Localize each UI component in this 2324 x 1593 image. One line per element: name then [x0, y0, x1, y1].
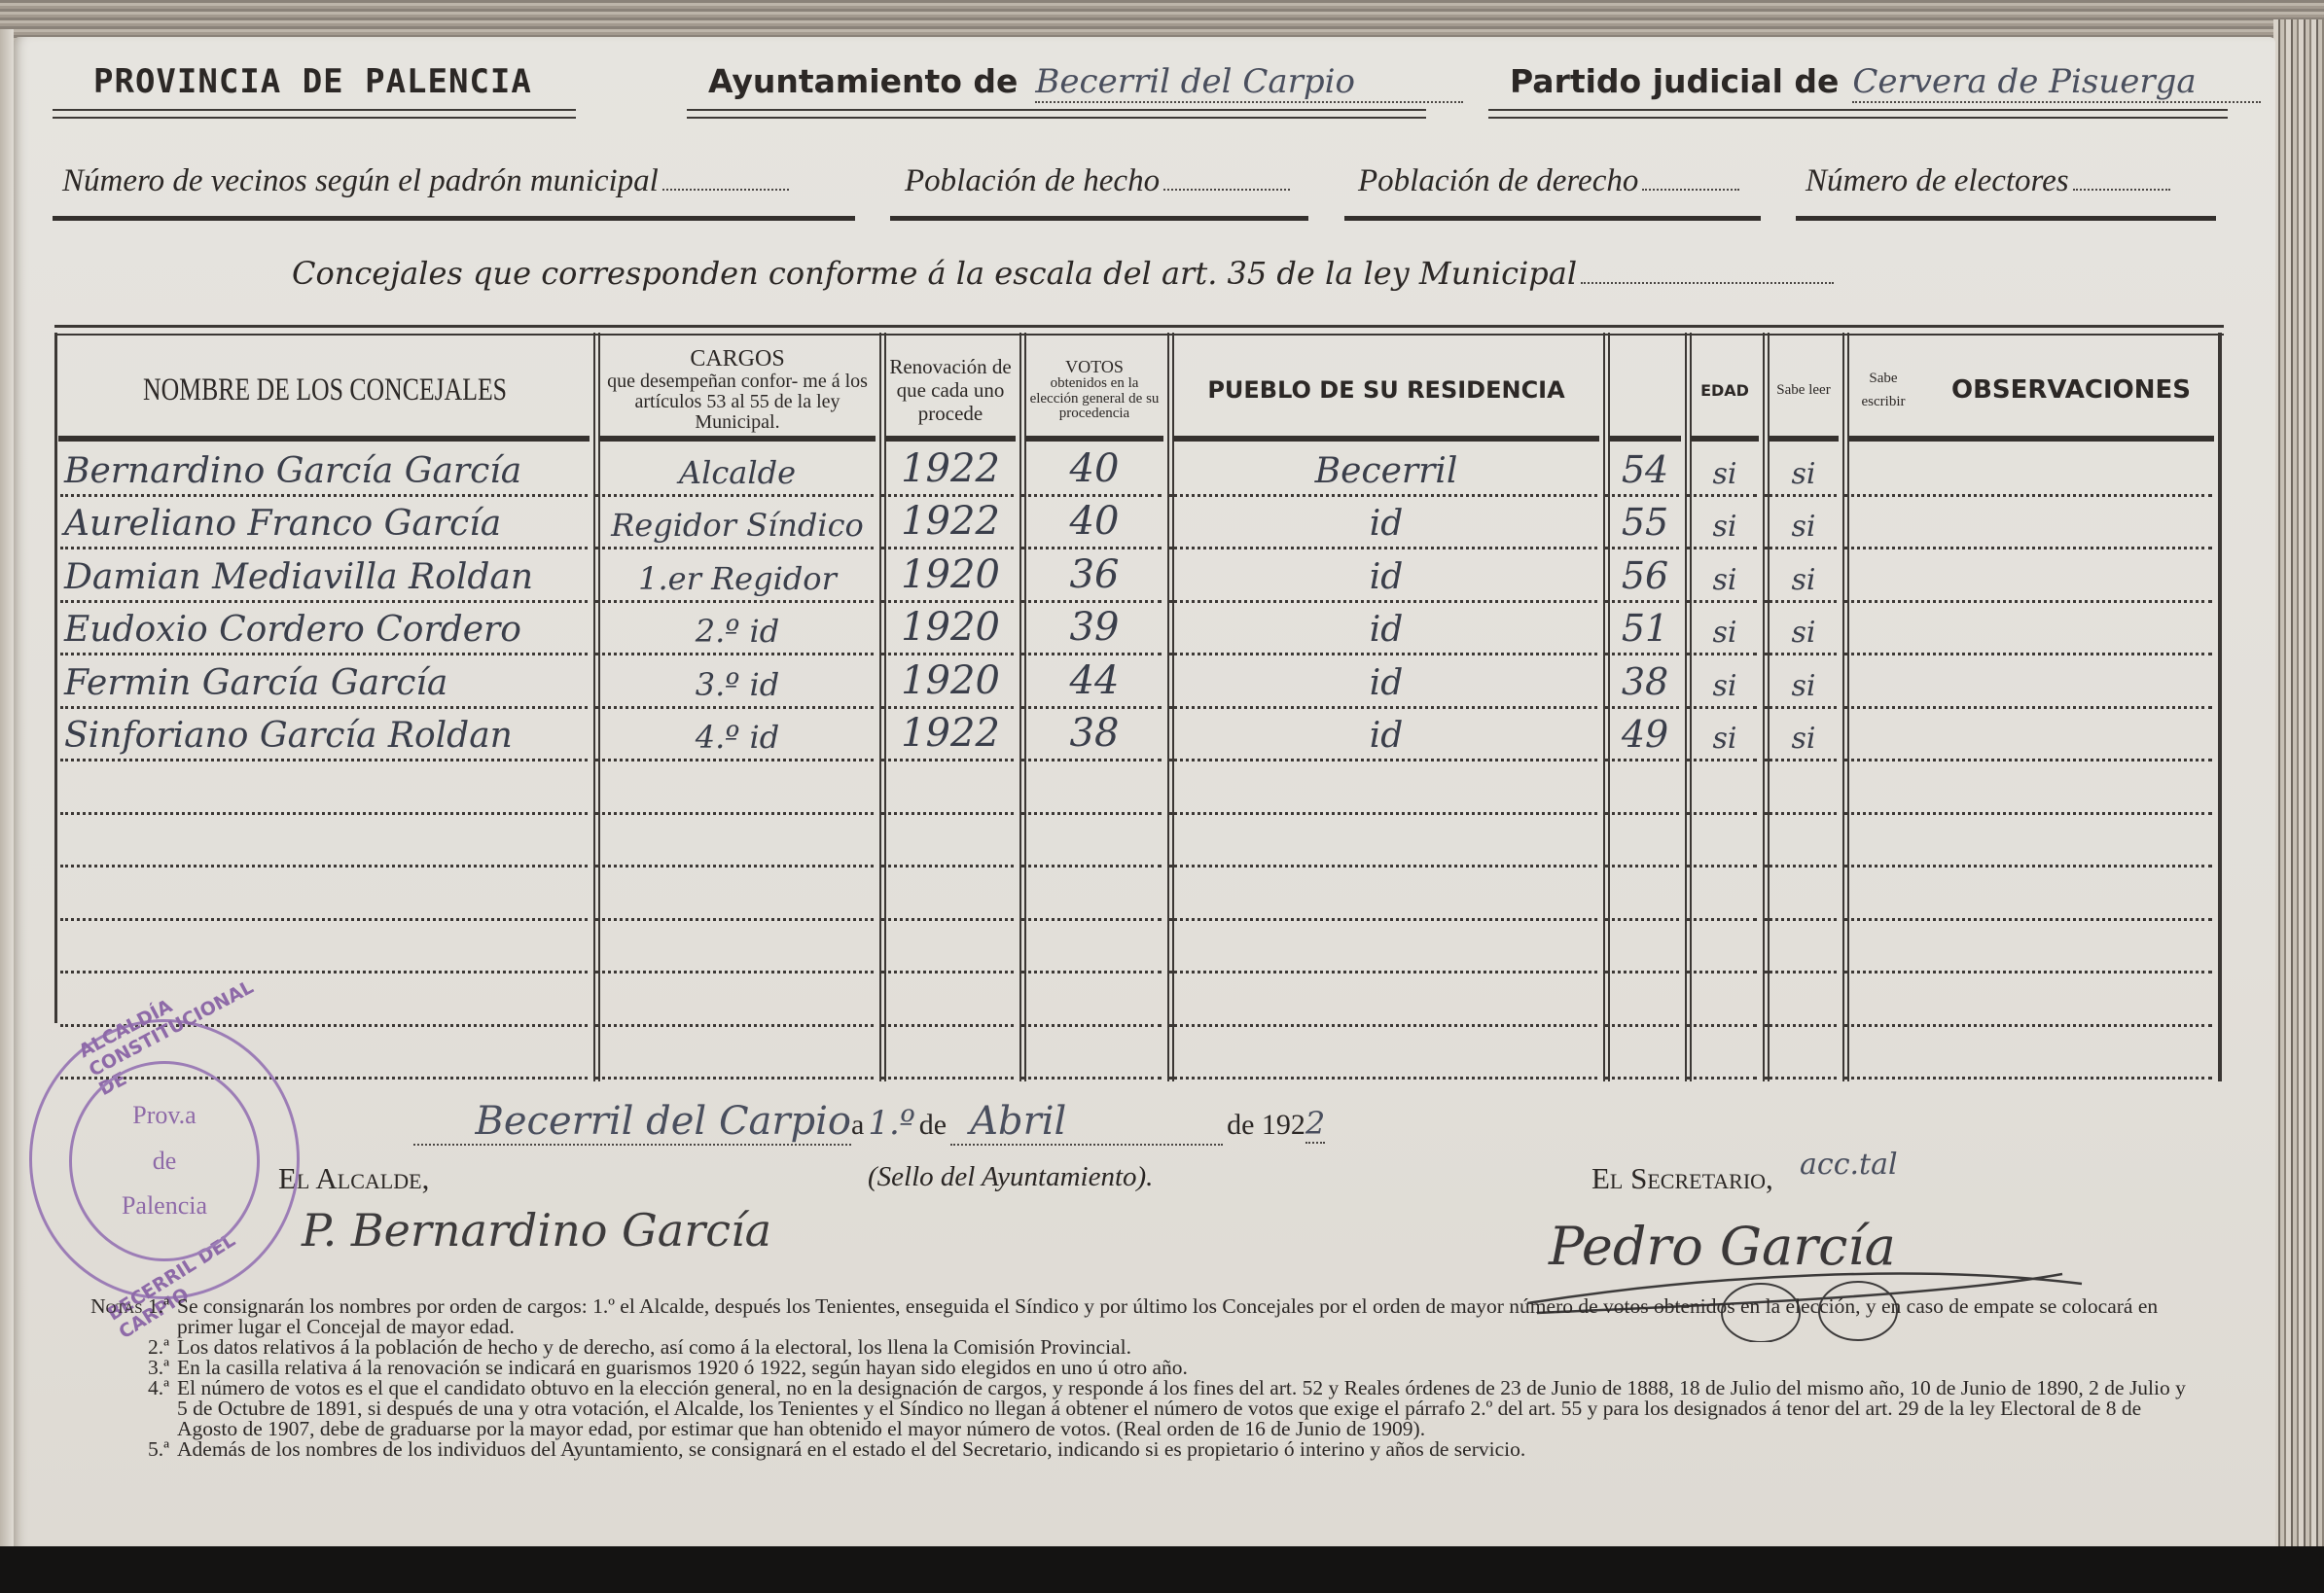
cell-pueblo: id — [1173, 504, 1599, 544]
col-header-votos-title: VOTOS — [1065, 358, 1124, 376]
ayuntamiento-rule — [687, 109, 1426, 119]
header-rule — [885, 436, 1016, 442]
table-row — [54, 921, 2224, 974]
cell-nombre: Eudoxio Cordero Cordero — [64, 610, 590, 650]
header-rule — [1691, 436, 1759, 442]
cell-leer: si — [1691, 616, 1759, 650]
note-number: Notas 1.ª — [89, 1296, 169, 1317]
row-dotted-rule — [1021, 1077, 1162, 1080]
table-row: Fermin García García3.º id192044id38sisi — [54, 655, 2224, 709]
poblacion-derecho-label: Población de derecho — [1358, 163, 1638, 198]
note-number: 4.ª — [89, 1378, 169, 1398]
stamp-center: Prov.a de Palencia — [69, 1061, 260, 1261]
table-row — [54, 815, 2224, 868]
cell-escribir: si — [1769, 669, 1839, 703]
cell-votos: 44 — [1025, 658, 1163, 703]
note-number: 5.ª — [89, 1439, 169, 1460]
partido-rule — [1488, 109, 2228, 119]
table-top-rule — [54, 325, 2224, 336]
cell-leer: si — [1691, 510, 1759, 544]
row-dotted-rule — [1605, 1077, 1679, 1080]
cell-cargo: Alcalde — [599, 454, 876, 491]
cell-votos: 40 — [1025, 446, 1163, 491]
year-suffix: 2 — [1305, 1105, 1325, 1144]
table-row: Damian Mediavilla Roldan1.er Regidor1920… — [54, 549, 2224, 603]
book-spine-edge — [0, 29, 14, 1556]
cell-pueblo: id — [1173, 663, 1599, 703]
cell-renovacion: 1920 — [885, 658, 1016, 703]
book-page-edges-right — [2273, 19, 2324, 1566]
electores-value — [2073, 189, 2170, 191]
de-label: de — [919, 1109, 947, 1141]
vecinos-rule — [53, 216, 855, 221]
cell-votos: 39 — [1025, 605, 1163, 650]
concejales-field: Concejales que corresponden conforme á l… — [292, 255, 1834, 292]
poblacion-derecho-value — [1642, 189, 1739, 191]
table-row — [54, 1027, 2224, 1080]
electores-label: Número de electores — [1806, 163, 2069, 198]
cell-renovacion: 1920 — [885, 605, 1016, 650]
cell-leer: si — [1691, 669, 1759, 703]
cell-edad: 38 — [1609, 660, 1681, 703]
concejales-table: NOMBRE DE LOS CONCEJALES CARGOS que dese… — [54, 325, 2224, 1083]
cell-nombre: Fermin García García — [64, 663, 590, 703]
header-rule — [599, 436, 876, 442]
cell-renovacion: 1922 — [885, 711, 1016, 756]
cell-renovacion: 1922 — [885, 499, 1016, 544]
table-row — [54, 761, 2224, 815]
table-row: Eudoxio Cordero Cordero2.º id192039id51s… — [54, 603, 2224, 656]
table-row — [54, 973, 2224, 1027]
header-rule — [1848, 436, 2214, 442]
header-rule — [1609, 436, 1681, 442]
note-item: 4.ªEl número de votos es el que el candi… — [89, 1378, 2191, 1439]
poblacion-derecho-rule — [1344, 216, 1761, 221]
province-title: PROVINCIA DE PALENCIA — [93, 62, 532, 101]
cell-votos: 38 — [1025, 711, 1163, 756]
secretario-label: El Secretario, — [1591, 1161, 1773, 1196]
note-text: Se consignarán los nombres por orden de … — [177, 1294, 2158, 1338]
cell-nombre: Damian Mediavilla Roldan — [64, 557, 590, 597]
stamp-line-3: Palencia — [122, 1184, 207, 1229]
alcalde-label: El Alcalde, — [278, 1161, 429, 1196]
cell-cargo: 3.º id — [599, 666, 876, 703]
poblacion-derecho-field: Población de derecho — [1358, 163, 1739, 199]
cell-pueblo: id — [1173, 557, 1599, 597]
ayuntamiento-label: Ayuntamiento de — [708, 62, 1018, 100]
table-row: Aureliano Franco GarcíaRegidor Síndico19… — [54, 497, 2224, 550]
cell-cargo: 2.º id — [599, 613, 876, 650]
place-value: Becerril del Carpio — [413, 1099, 851, 1146]
cell-escribir: si — [1769, 616, 1839, 650]
header-rule — [1769, 436, 1839, 442]
year-prefix: de 192 — [1227, 1109, 1305, 1141]
cell-edad: 55 — [1609, 501, 1681, 544]
table-row — [54, 867, 2224, 921]
concejales-value — [1581, 282, 1834, 284]
col-header-pueblo: PUEBLO DE SU RESIDENCIA — [1171, 336, 1601, 443]
province-rule — [53, 109, 576, 119]
cell-pueblo: id — [1173, 610, 1599, 650]
note-number: 3.ª — [89, 1358, 169, 1378]
cell-edad: 56 — [1609, 554, 1681, 597]
vecinos-field: Número de vecinos según el padrón munici… — [62, 163, 789, 199]
row-dotted-rule — [1687, 1077, 1757, 1080]
header-rule — [1025, 436, 1163, 442]
col-header-sabe-leer: Sabe leer — [1767, 336, 1841, 443]
col-header-observaciones: OBSERVACIONES — [1926, 336, 2216, 443]
municipal-stamp: ALCALDÍA CONSTITUCIONAL DE BECERRIL DEL … — [29, 1019, 300, 1299]
poblacion-hecho-rule — [890, 216, 1308, 221]
sello-label: (Sello del Ayuntamiento). — [868, 1161, 1153, 1193]
stamp-line-1: Prov.a — [132, 1093, 196, 1139]
ayuntamiento-value: Becerril del Carpio — [1035, 62, 1463, 103]
cell-edad: 54 — [1609, 448, 1681, 491]
cell-renovacion: 1920 — [885, 552, 1016, 597]
notes-section: Notas 1.ªSe consignarán los nombres por … — [89, 1296, 2191, 1460]
note-item: 3.ªEn la casilla relativa á la renovació… — [89, 1358, 2191, 1378]
note-text: Además de los nombres de los individuos … — [177, 1437, 1525, 1461]
ayuntamiento-field: Ayuntamiento de Becerril del Carpio — [708, 62, 1463, 103]
cell-renovacion: 1922 — [885, 446, 1016, 491]
table-row: Bernardino García GarcíaAlcalde192240Bec… — [54, 443, 2224, 497]
col-header-cargos-title: CARGOS — [690, 347, 784, 372]
row-dotted-rule — [1844, 1077, 2212, 1080]
poblacion-hecho-value — [1163, 189, 1290, 191]
vecinos-value — [662, 189, 789, 191]
cell-leer: si — [1691, 722, 1759, 756]
note-item: Notas 1.ªSe consignarán los nombres por … — [89, 1296, 2191, 1337]
alcalde-signature: P. Bernardino García — [302, 1204, 771, 1257]
cell-escribir: si — [1769, 510, 1839, 544]
col-header-sabe-escribir: Sabe escribir — [1846, 336, 1920, 443]
note-num-value: 4.ª — [148, 1376, 169, 1399]
col-header-votos-sub: obtenidos en la elección general de su p… — [1026, 376, 1162, 422]
cell-escribir: si — [1769, 563, 1839, 597]
cell-leer: si — [1691, 457, 1759, 491]
notes-label: Notas — [90, 1294, 143, 1318]
cell-votos: 36 — [1025, 552, 1163, 597]
stamp-line-2: de — [153, 1139, 177, 1185]
cell-cargo: 1.er Regidor — [599, 560, 876, 597]
month-value: Abril — [950, 1099, 1223, 1146]
cell-nombre: Bernardino García García — [64, 451, 590, 491]
vecinos-label: Número de vecinos según el padrón munici… — [62, 163, 659, 198]
table-row: Sinforiano García Roldan4.º id192238id49… — [54, 709, 2224, 762]
col-header-votos: VOTOS obtenidos en la elección general d… — [1023, 336, 1165, 443]
note-num-value: 5.ª — [148, 1437, 169, 1461]
cell-cargo: Regidor Síndico — [599, 507, 876, 544]
header-rule — [1173, 436, 1599, 442]
col-header-edad: EDAD — [1689, 336, 1761, 443]
cell-cargo: 4.º id — [599, 719, 876, 756]
cell-votos: 40 — [1025, 499, 1163, 544]
poblacion-hecho-field: Población de hecho — [905, 163, 1290, 199]
cell-edad: 49 — [1609, 713, 1681, 756]
day-value: 1.º — [868, 1104, 914, 1143]
cell-pueblo: id — [1173, 716, 1599, 756]
electores-rule — [1796, 216, 2216, 221]
cell-leer: si — [1691, 563, 1759, 597]
cell-nombre: Sinforiano García Roldan — [64, 716, 590, 756]
cell-pueblo: Becerril — [1173, 451, 1599, 491]
note-item: 2.ªLos datos relativos á la población de… — [89, 1337, 2191, 1358]
note-text: El número de votos es el que el candidat… — [177, 1376, 2186, 1440]
cell-nombre: Aureliano Franco García — [64, 504, 590, 544]
book-bottom-shadow — [0, 1546, 2324, 1593]
col-header-renovacion: Renovación de que cada uno procede — [883, 336, 1018, 443]
electores-field: Número de electores — [1806, 163, 2170, 199]
partido-label: Partido judicial de — [1510, 62, 1839, 100]
place-date-line: Becerril del Carpioa 1.º de Abril de 192… — [413, 1099, 1325, 1146]
cell-edad: 51 — [1609, 607, 1681, 650]
col-header-cargos-sub: que desempeñan confor- me á los artículo… — [601, 372, 874, 433]
row-dotted-rule — [595, 1077, 874, 1080]
header-rule — [58, 436, 590, 442]
col-header-cargos: CARGOS que desempeñan confor- me á los a… — [597, 336, 877, 443]
note-num-value: 1.ª — [148, 1294, 169, 1318]
cell-escribir: si — [1769, 457, 1839, 491]
concejales-label: Concejales que corresponden conforme á l… — [292, 255, 1577, 292]
row-dotted-rule — [1765, 1077, 1837, 1080]
partido-field: Partido judicial de Cervera de Pisuerga — [1510, 62, 2261, 103]
a-label: a — [851, 1109, 864, 1141]
partido-value: Cervera de Pisuerga — [1852, 62, 2261, 103]
row-dotted-rule — [1169, 1077, 1597, 1080]
col-header-nombre: NOMBRE DE LOS CONCEJALES — [117, 336, 532, 443]
secretario-note: acc.tal — [1800, 1148, 1898, 1182]
cell-escribir: si — [1769, 722, 1839, 756]
poblacion-hecho-label: Población de hecho — [905, 163, 1160, 198]
row-dotted-rule — [881, 1077, 1014, 1080]
note-item: 5.ªAdemás de los nombres de los individu… — [89, 1439, 2191, 1460]
note-number: 2.ª — [89, 1337, 169, 1358]
